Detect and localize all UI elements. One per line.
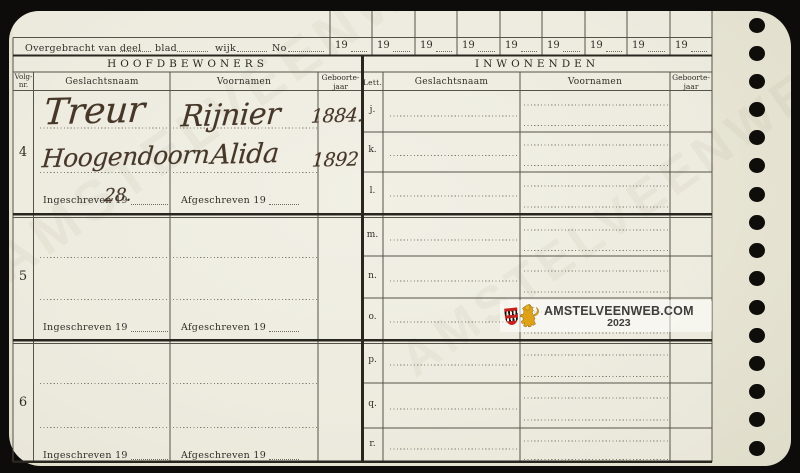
- punch-hole: [749, 130, 765, 145]
- dotted-leader: [521, 42, 537, 52]
- resident-birthyear: 1892: [311, 148, 359, 171]
- dotted-leader: [131, 195, 168, 205]
- letter-label-q: q.: [363, 399, 382, 409]
- col-header-birthyear-line1: Geboorte-: [670, 73, 712, 82]
- year-label: 19: [462, 40, 475, 54]
- ingeschreven-text: Ingeschreven 19: [43, 322, 128, 333]
- col-header-surname-inw: Geslachtsnaam: [383, 77, 520, 87]
- resident-firstnames: Alida: [210, 138, 280, 171]
- afgeschreven-label: Afgeschreven 19: [181, 322, 299, 334]
- col-header-birthyear-line2: jaar: [670, 82, 712, 91]
- year-cell: 19: [335, 40, 367, 54]
- afgeschreven-label: Afgeschreven 19: [181, 450, 299, 462]
- transfer-label: Overgebracht van deel: [25, 43, 141, 54]
- resident-surname: Treur: [42, 90, 146, 134]
- year-label: 19: [632, 40, 645, 54]
- year-cell: 19: [462, 40, 495, 54]
- shield-checker-bar: [504, 310, 517, 315]
- letter-label-j: j.: [363, 105, 382, 115]
- punch-hole: [749, 46, 765, 61]
- year-label: 19: [590, 40, 603, 54]
- col-header-firstnames-inw: Voornamen: [520, 77, 670, 87]
- col-header-lett: Lett.: [362, 78, 383, 87]
- punch-hole: [749, 102, 765, 117]
- punch-hole: [749, 384, 765, 399]
- watermark: AMSTELVEENWEB.COM 2023: [500, 300, 712, 332]
- year-cell: 19: [675, 40, 707, 54]
- ingeschreven-label: Ingeschreven 19: [43, 450, 168, 462]
- year-cell: 19: [632, 40, 665, 54]
- year-cell: 19: [505, 40, 537, 54]
- row-number-6: 6: [14, 395, 32, 410]
- population-register-scan: AMSTELVEENWEB AMSTELVEENWEB: [0, 0, 800, 473]
- col-header-birthyear-inw: Geboorte- jaar: [670, 73, 712, 91]
- punch-hole: [749, 300, 765, 315]
- dotted-leader: [648, 42, 665, 52]
- dotted-leader: [269, 195, 299, 205]
- col-header-volgnr-line2: nr.: [13, 81, 34, 89]
- watermark-site-text: AMSTELVEENWEB.COM: [544, 304, 694, 318]
- col-header-firstnames-hoofd: Voornamen: [170, 77, 318, 87]
- col-header-birthyear-hoofd: Geboorte- jaar: [319, 73, 362, 91]
- letter-label-m: m.: [363, 230, 382, 240]
- year-label: 19: [420, 40, 433, 54]
- dotted-leader: [563, 42, 580, 52]
- letter-label-o: o.: [363, 312, 382, 322]
- year-cell: 19: [377, 40, 410, 54]
- year-label: 19: [335, 40, 348, 54]
- ingeschreven-text: Ingeschreven 19: [43, 450, 128, 461]
- blad-label: blad: [155, 43, 177, 54]
- row-number-5: 5: [14, 269, 32, 284]
- watermark-text-block: AMSTELVEENWEB.COM 2023: [544, 304, 694, 329]
- punch-hole: [749, 74, 765, 89]
- dotted-leader: [237, 51, 267, 52]
- resident-firstnames: Rijnier: [180, 97, 282, 135]
- afgeschreven-text: Afgeschreven 19: [181, 450, 266, 461]
- watermark-shield-icon: [504, 307, 519, 325]
- year-cell: 19: [420, 40, 452, 54]
- dotted-leader: [606, 42, 622, 52]
- col-header-surname-hoofd: Geslachtsnaam: [34, 77, 170, 87]
- no-label: No: [272, 43, 287, 54]
- dotted-leader: [269, 450, 299, 460]
- year-label: 19: [547, 40, 560, 54]
- dotted-leader: [478, 42, 495, 52]
- punch-hole: [749, 18, 765, 33]
- col-header-birthyear-line1: Geboorte-: [319, 73, 362, 82]
- punch-hole: [749, 215, 765, 230]
- year-label: 19: [505, 40, 518, 54]
- punch-hole: [749, 158, 765, 173]
- year-cell: 19: [547, 40, 580, 54]
- letter-label-r: r.: [363, 439, 382, 449]
- dotted-leader: [436, 42, 452, 52]
- dotted-leader: [288, 51, 324, 52]
- punch-hole: [749, 356, 765, 371]
- dotted-leader: [177, 51, 208, 52]
- dotted-leader: [691, 42, 707, 52]
- watermark-lion-icon: [519, 303, 541, 329]
- punch-hole: [749, 412, 765, 427]
- hoofdbewoners-title: HOOFDBEWONERS: [13, 58, 362, 70]
- punch-hole: [749, 243, 765, 258]
- year-label: 19: [675, 40, 688, 54]
- letter-label-l: l.: [363, 186, 382, 196]
- dotted-leader: [393, 42, 410, 52]
- dotted-leader: [269, 322, 299, 332]
- letter-label-k: k.: [363, 145, 382, 155]
- dotted-leader: [131, 450, 168, 460]
- punch-hole: [749, 441, 765, 456]
- resident-surname: Hoogendoorn: [41, 140, 211, 173]
- letter-label-p: p.: [363, 355, 382, 365]
- row-number-4: 4: [14, 145, 32, 160]
- ingeschreven-year-handwritten: 28.: [103, 185, 132, 207]
- year-label: 19: [377, 40, 390, 54]
- punch-hole: [749, 187, 765, 202]
- afgeschreven-label: Afgeschreven 19: [181, 195, 299, 207]
- afgeschreven-text: Afgeschreven 19: [181, 322, 266, 333]
- inwonenden-title: INWONENDEN: [362, 58, 712, 70]
- shield-checker-bar: [505, 316, 518, 321]
- col-header-birthyear-line2: jaar: [319, 82, 362, 91]
- year-cell: 19: [590, 40, 622, 54]
- ingeschreven-label: Ingeschreven 19: [43, 322, 168, 334]
- dotted-leader: [131, 322, 168, 332]
- watermark-year: 2023: [607, 317, 630, 329]
- punch-hole: [749, 271, 765, 286]
- afgeschreven-text: Afgeschreven 19: [181, 195, 266, 206]
- resident-birthyear: 1884.: [310, 104, 364, 127]
- col-header-volgnr: Volg- nr.: [13, 73, 34, 90]
- col-header-volgnr-line1: Volg-: [13, 73, 34, 81]
- letter-label-n: n.: [363, 271, 382, 281]
- wijk-label: wijk: [215, 43, 236, 54]
- dotted-leader: [120, 51, 151, 52]
- punch-hole: [749, 328, 765, 343]
- dotted-leader: [351, 42, 367, 52]
